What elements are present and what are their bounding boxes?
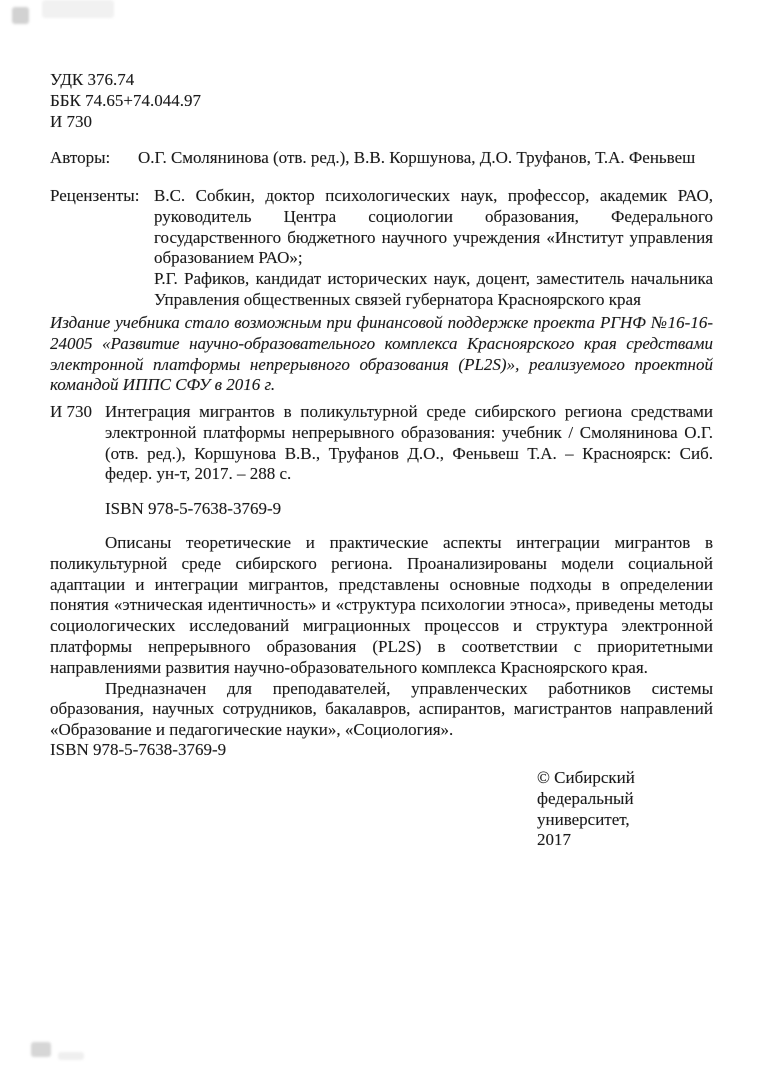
catalog-index: И 730 [50,402,92,423]
annotation-block: Описаны теоретические и практические асп… [50,533,713,741]
udk-code: УДК 376.74 [50,70,201,91]
scan-artifact [12,7,29,24]
reviewer-entry: В.С. Собкин, доктор психологических наук… [154,186,713,269]
reviewers-row: Рецензенты: В.С. Собкин, доктор психолог… [50,186,713,311]
reviewer-entry: Р.Г. Рафиков, кандидат исторических наук… [154,269,713,311]
index-code: И 730 [50,112,201,133]
scan-artifact [42,0,114,18]
authors-row: Авторы: О.Г. Смолянинова (отв. ред.), В.… [50,148,713,169]
isbn-line: ISBN 978-5-7638-3769-9 [50,740,226,761]
bbk-code: ББК 74.65+74.044.97 [50,91,201,112]
abstract-paragraph: Описаны теоретические и практические асп… [50,533,713,679]
reviewers-label: Рецензенты: [50,186,154,207]
classification-codes: УДК 376.74 ББК 74.65+74.044.97 И 730 [50,70,201,132]
imprint-page: УДК 376.74 ББК 74.65+74.044.97 И 730 Авт… [0,0,760,1080]
funding-note: Издание учебника стало возможным при фин… [50,313,713,396]
catalog-description: Интеграция мигрантов в поликультурной ср… [105,402,713,485]
copyright-note: © Сибирский федеральный университет, 201… [537,768,665,851]
catalog-isbn: ISBN 978-5-7638-3769-9 [105,499,281,520]
scan-artifact [31,1042,51,1057]
scan-artifact [58,1052,84,1060]
audience-paragraph: Предназначен для преподавателей, управле… [50,679,713,741]
authors-label: Авторы: [50,148,138,169]
authors-names: О.Г. Смолянинова (отв. ред.), В.В. Коршу… [138,148,695,169]
